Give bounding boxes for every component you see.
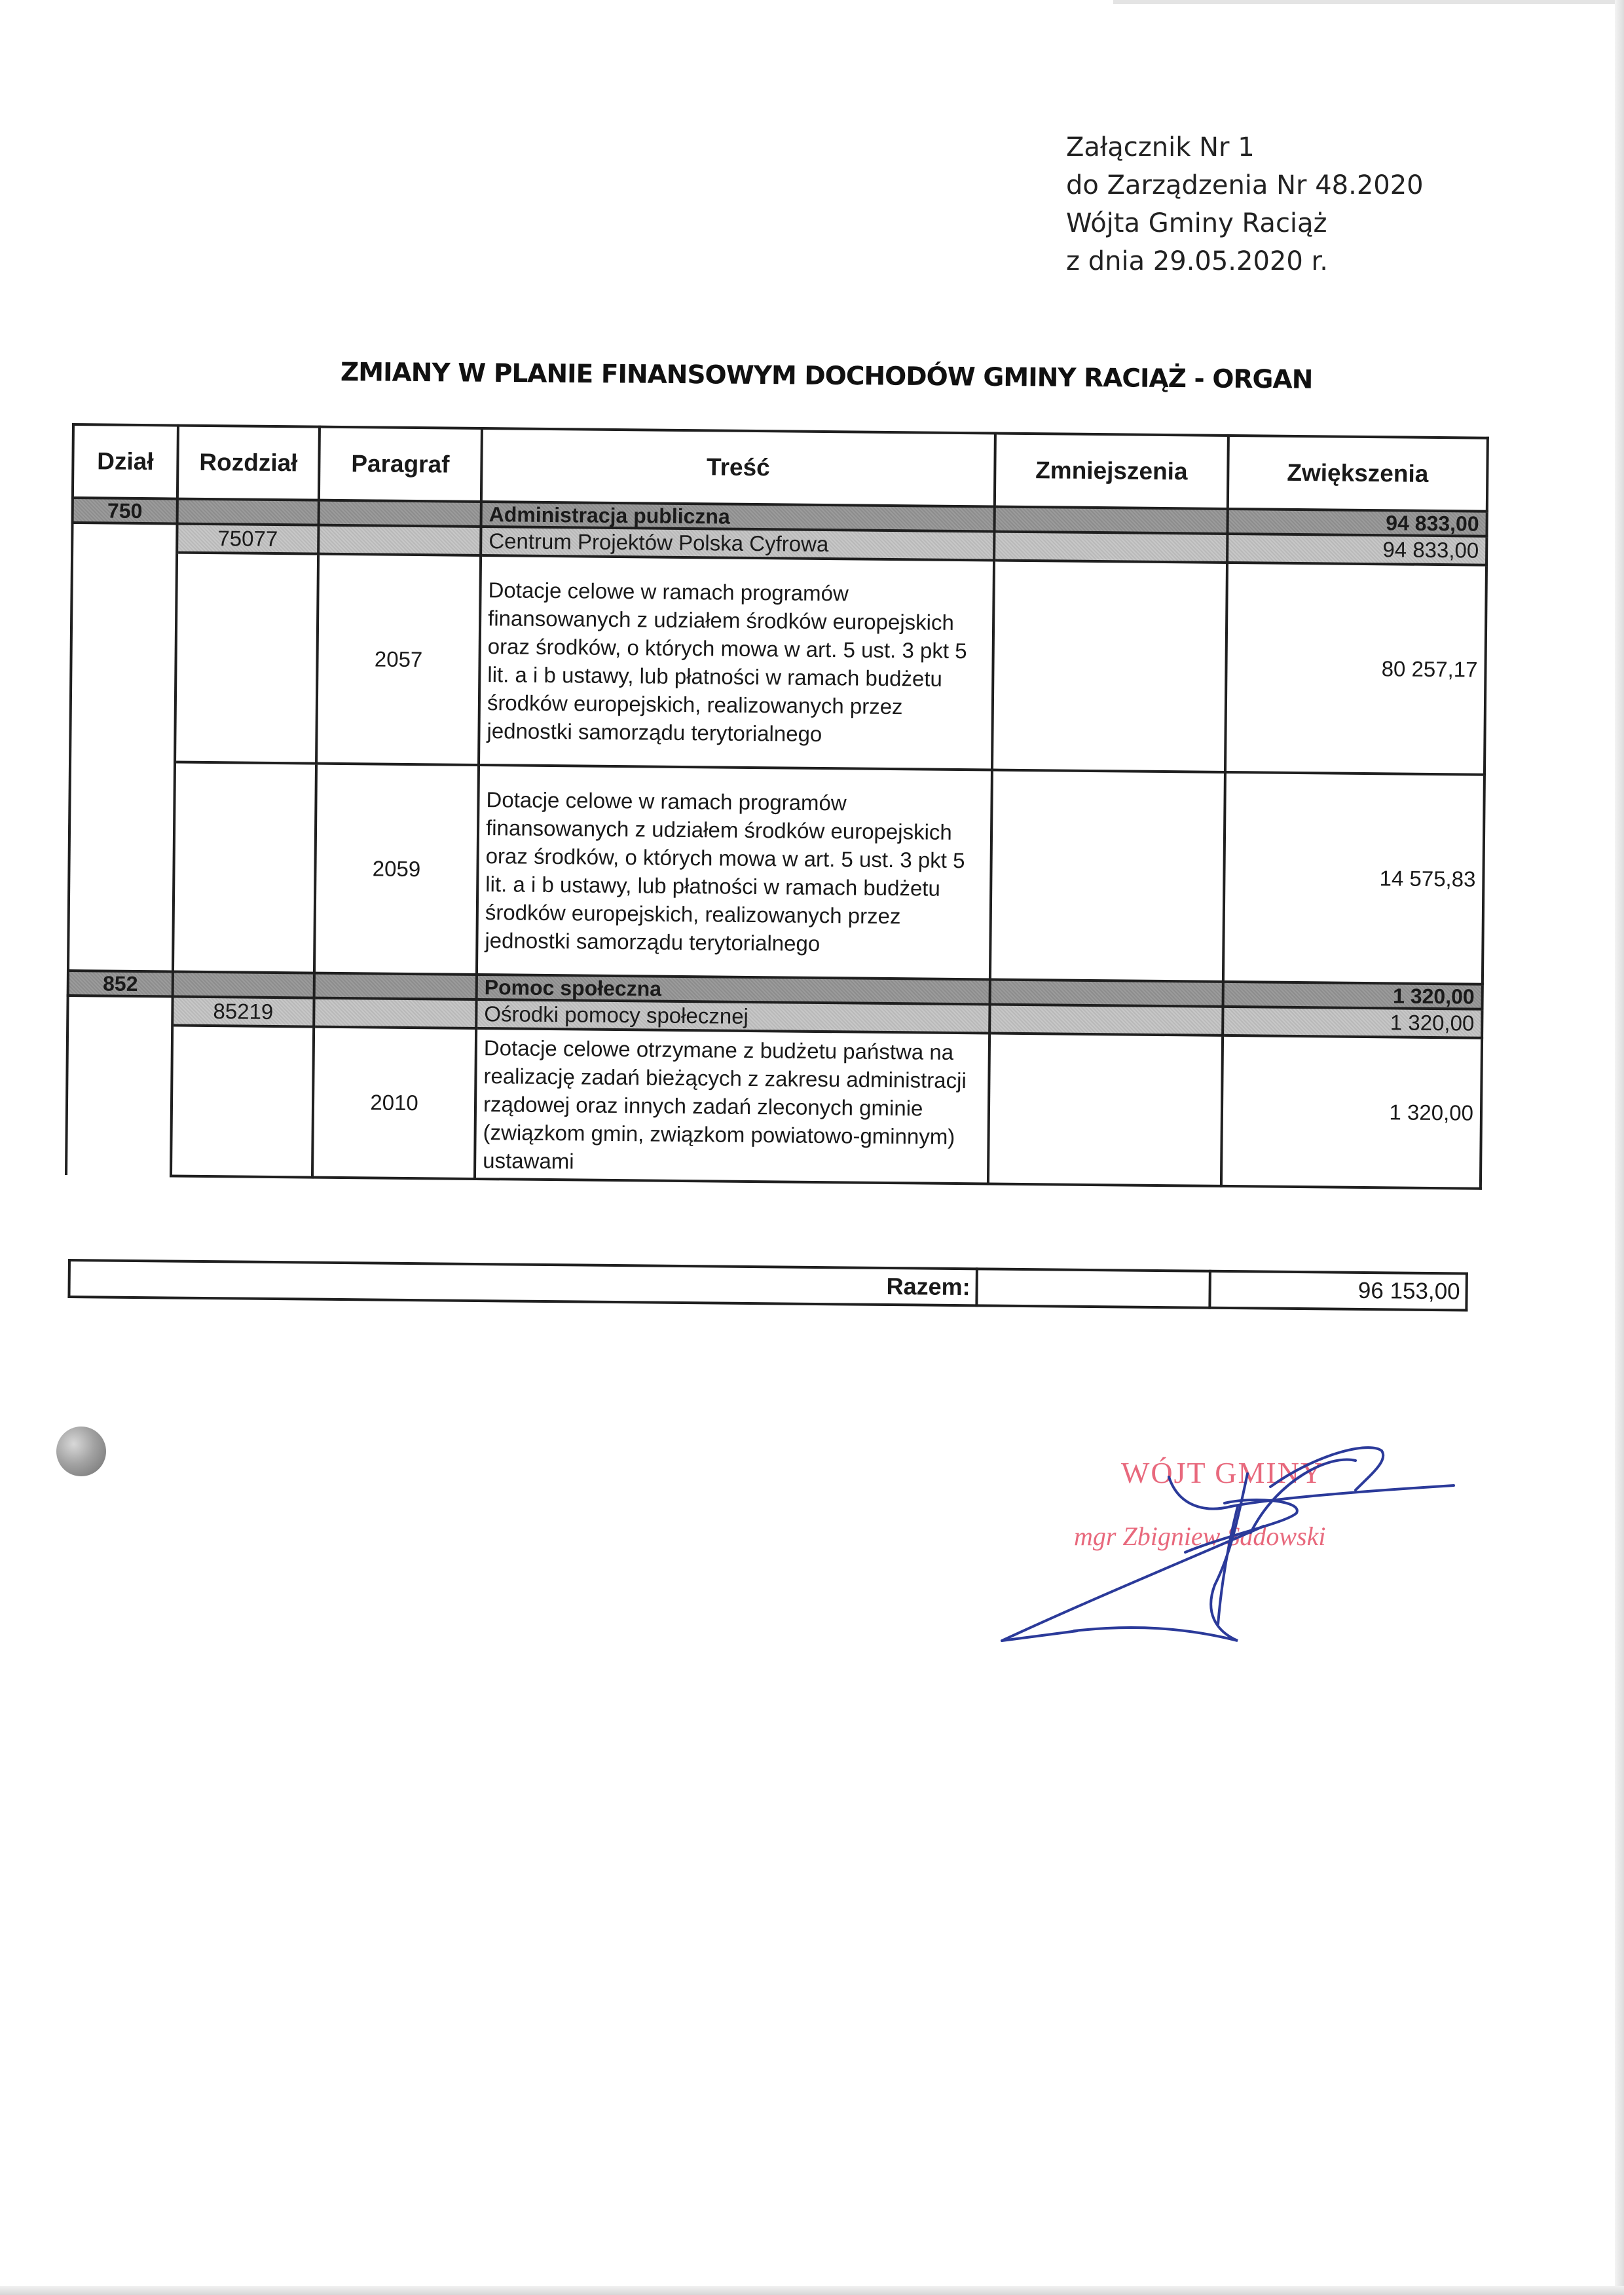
cell-rozdzial (171, 1026, 314, 1178)
attachment-line: z dnia 29.05.2020 r. (1066, 242, 1424, 280)
table-row-paragraf: 2010Dotacje celowe otrzymane z budżetu p… (66, 1024, 1482, 1189)
summary-container: Razem: 96 153,00 (67, 1259, 1465, 1311)
column-header-zwiekszenia: Zwiększenia (1228, 436, 1488, 512)
cell-dzial (72, 523, 177, 553)
scan-edge-top (1113, 0, 1624, 4)
summary-table: Razem: 96 153,00 (67, 1259, 1467, 1312)
cell-tresc: Centrum Projektów Polska Cyfrowa (481, 527, 994, 561)
summary-zmniejszenia (976, 1269, 1210, 1307)
cell-tresc: Dotacje celowe otrzymane z budżetu państ… (475, 1028, 989, 1184)
cell-zmniejszenia (989, 1004, 1223, 1035)
cell-zmniejszenia (990, 979, 1223, 1006)
cell-dzial (67, 996, 172, 1026)
cell-paragraf (314, 998, 476, 1028)
cell-dzial: 750 (73, 498, 177, 524)
cell-zmniejszenia (994, 507, 1227, 534)
column-header-zmniejszenia: Zmniejszenia (995, 434, 1228, 509)
cell-tresc: Ośrodki pomocy społecznej (476, 999, 989, 1034)
scan-edge-bottom (0, 2286, 1624, 2295)
cell-zmniejszenia (992, 561, 1227, 772)
cell-rozdzial (173, 762, 316, 973)
table-row-paragraf: 2057Dotacje celowe w ramach programów fi… (70, 551, 1486, 775)
cell-dzial (68, 761, 175, 972)
cell-zmniejszenia (994, 532, 1227, 563)
cell-rozdzial (175, 553, 318, 764)
attachment-line: do Zarządzenia Nr 48.2020 (1066, 166, 1424, 204)
cell-zmniejszenia (990, 770, 1225, 982)
attachment-note: Załącznik Nr 1 do Zarządzenia Nr 48.2020… (1066, 128, 1424, 280)
cell-tresc: Dotacje celowe w ramach programów finans… (477, 765, 992, 980)
cell-zwiekszenia: 1 320,00 (1221, 1036, 1482, 1189)
column-header-paragraf: Paragraf (319, 427, 482, 502)
attachment-line: Wójta Gminy Raciąż (1066, 204, 1424, 242)
cell-paragraf (319, 500, 481, 527)
cell-zwiekszenia: 94 833,00 (1227, 534, 1486, 565)
column-header-tresc: Treść (481, 428, 995, 507)
cell-paragraf: 2059 (314, 764, 479, 975)
cell-zwiekszenia: 1 320,00 (1223, 982, 1483, 1009)
table-header-row: Dział Rozdział Paragraf Treść Zmniejszen… (73, 424, 1488, 512)
cell-rozdzial (173, 972, 314, 998)
attachment-line: Załącznik Nr 1 (1066, 128, 1424, 166)
budget-table-container: Dział Rozdział Paragraf Treść Zmniejszen… (65, 423, 1486, 1190)
cell-rozdzial: 75077 (177, 524, 318, 554)
document-title: ZMIANY W PLANIE FINANSOWYM DOCHODÓW GMIN… (341, 358, 1313, 395)
scan-edge-right (1615, 0, 1624, 2295)
column-header-rozdzial: Rozdział (177, 426, 320, 500)
cell-dzial (66, 1024, 172, 1176)
signature-icon (989, 1415, 1460, 1651)
cell-zwiekszenia: 14 575,83 (1223, 772, 1485, 984)
summary-zwiekszenia: 96 153,00 (1209, 1271, 1467, 1311)
summary-row: Razem: 96 153,00 (69, 1260, 1466, 1310)
cell-paragraf (318, 525, 481, 555)
cell-zwiekszenia: 1 320,00 (1223, 1007, 1482, 1038)
cell-zwiekszenia: 80 257,17 (1225, 563, 1486, 775)
cell-tresc: Dotacje celowe w ramach programów finans… (479, 555, 994, 770)
summary-label: Razem: (69, 1260, 976, 1305)
table-body: 750Administracja publiczna94 833,0075077… (66, 498, 1487, 1189)
cell-paragraf: 2057 (316, 554, 481, 765)
column-header-dzial: Dział (73, 424, 178, 499)
cell-rozdzial (177, 499, 319, 525)
cell-dzial (70, 551, 177, 762)
cell-rozdzial: 85219 (172, 997, 314, 1027)
cell-paragraf (314, 973, 477, 999)
budget-table: Dział Rozdział Paragraf Treść Zmniejszen… (65, 423, 1489, 1190)
cell-dzial: 852 (68, 971, 173, 997)
cell-zmniejszenia (988, 1033, 1223, 1185)
punch-hole (56, 1427, 106, 1476)
cell-paragraf: 2010 (312, 1027, 476, 1179)
table-row-paragraf: 2059Dotacje celowe w ramach programów fi… (68, 761, 1485, 984)
cell-zwiekszenia: 94 833,00 (1227, 509, 1486, 536)
